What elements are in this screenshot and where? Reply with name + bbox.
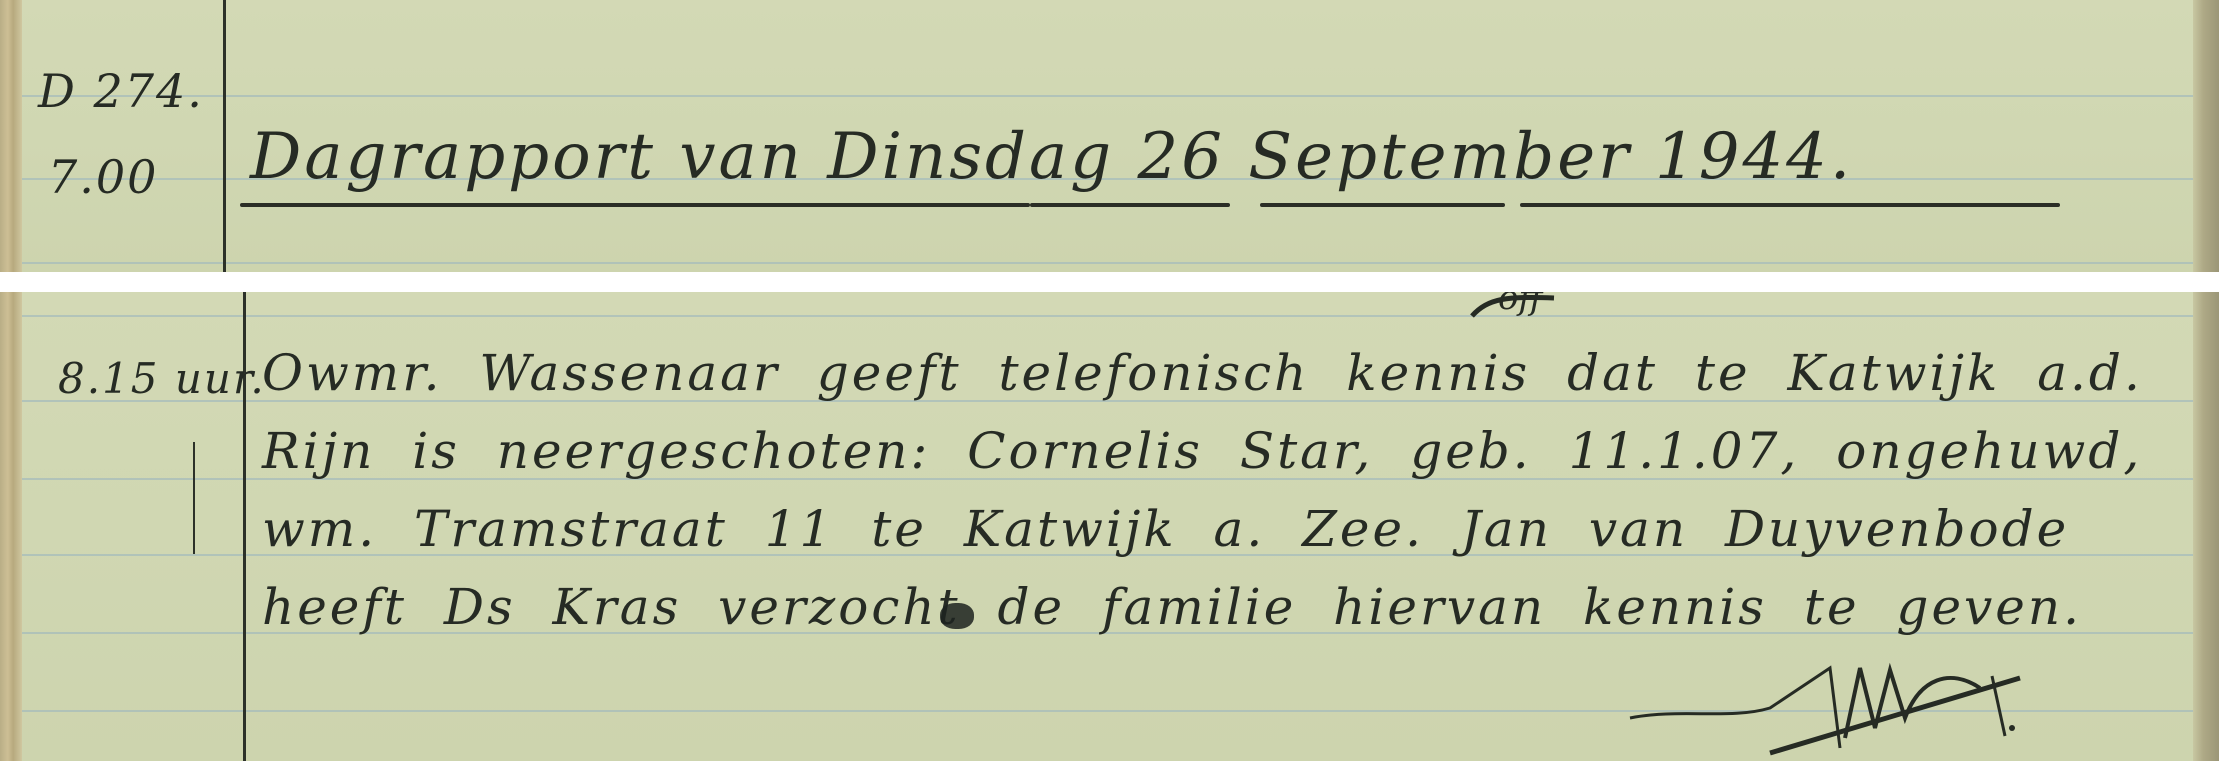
title-underline xyxy=(1520,203,2060,207)
page-title: Dagrapport van Dinsdag 26 September 1944… xyxy=(250,120,1853,194)
scan-separator-band xyxy=(0,272,2219,292)
page-gutter xyxy=(2193,292,2219,761)
entry-time: 7.00 xyxy=(48,150,158,204)
report-line-2: Rijn is neergeschoten: Cornelis Star, ge… xyxy=(262,422,2142,480)
logbook-strip-top: D 274. 7.00 Dagrapport van Dinsdag 26 Se… xyxy=(0,0,2219,272)
ink-blot xyxy=(940,603,974,629)
binding-edge xyxy=(0,292,22,761)
strikethrough-mark xyxy=(1468,292,1558,322)
margin-bracket-mark xyxy=(193,442,195,554)
ruled-line xyxy=(22,315,2193,317)
entry-time: 8.15 uur. xyxy=(58,354,266,403)
ruled-line xyxy=(22,262,2193,264)
ruled-line xyxy=(22,95,2193,97)
report-line-3: wm. Tramstraat 11 te Katwijk a. Zee. Jan… xyxy=(262,500,2069,558)
title-underline xyxy=(1260,203,1505,207)
title-underline xyxy=(240,203,1030,207)
entry-number: D 274. xyxy=(38,64,204,118)
binding-edge xyxy=(0,0,22,272)
report-line-4: heeft Ds Kras verzocht de familie hierva… xyxy=(262,578,2082,636)
signature xyxy=(1620,648,2040,758)
report-line-1: Owmr. Wassenaar geeft telefonisch kennis… xyxy=(262,344,2143,402)
title-underline xyxy=(1030,203,1230,207)
page-gutter xyxy=(2193,0,2219,272)
margin-divider-line xyxy=(223,0,226,272)
